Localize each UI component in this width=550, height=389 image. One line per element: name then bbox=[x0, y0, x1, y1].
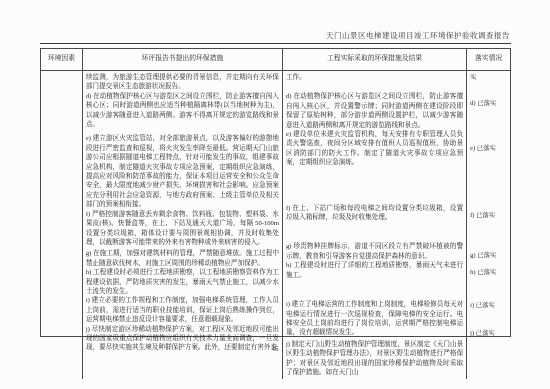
report-header-title: 天门山景区电梯建设项目竣工环境保护验收调查报告 bbox=[326, 30, 510, 41]
status-g: g) 已落实 bbox=[470, 252, 508, 260]
cell-env-factor bbox=[41, 71, 83, 379]
col-header-status: 落实情况 bbox=[467, 49, 510, 70]
actual-measure-h: h) 工程建设时进行了详细的工程地质勘察，暴雨天气未进行施工。 bbox=[286, 261, 463, 280]
actual-measure-d: d) 在动植物保护核心区与游览区之间设立围栏，防止游客擅自闯入核心区，并设置警示… bbox=[286, 92, 463, 130]
status-d: d) 已落实 bbox=[470, 100, 508, 108]
eia-measure-h: h) 工程建设时必须进行工程地质勘察，以工程地质勘察资料作为工程建设依据，严防地… bbox=[86, 268, 279, 296]
eia-measure-d: d) 在动植物保护核心区与游览区之间设立围栏，防止游客擅自闯入核心区；同时游道两… bbox=[86, 92, 279, 130]
status-i: i) 已落实 bbox=[470, 302, 508, 310]
eia-measure-continuation: 续监测，为旅游生态管理提供必要的背景信息，并定期向有关环保部门提交景区生态旅游状… bbox=[86, 73, 279, 92]
eia-measure-f: f) 严格控制游客随意丢弃剩余食物、饮料瓶、包装物、塑料袋、水果皮(核)、快餐盒… bbox=[86, 210, 279, 248]
cell-actual-measures: 工作。 d) 在动植物保护核心区与游览区之间设立围栏，防止游客擅自闯入核心区，并… bbox=[283, 71, 467, 379]
col-header-env-factor: 环境因素 bbox=[41, 49, 83, 70]
actual-measure-continuation: 工作。 bbox=[286, 73, 463, 82]
status-h: h) 已落实 bbox=[470, 269, 508, 277]
table-header-row: 环境因素 环评报告书提出的环保措施 工程实际采取的环保措施及结果 落实情况 bbox=[41, 49, 510, 71]
eia-measure-e: e) 建立游区火灾监管站，对全部旅游景点，以及游客偏好的游憩地段进行严密监查和巡… bbox=[86, 134, 279, 209]
table-body-row: 续监测，为旅游生态管理提供必要的背景信息，并定期向有关环保部门提交景区生态旅游状… bbox=[41, 71, 510, 379]
header-divider bbox=[40, 43, 511, 44]
status-continuation: 实 bbox=[470, 74, 508, 82]
status-e: e) 已落实 bbox=[470, 145, 508, 153]
cell-eia-measures: 续监测，为旅游生态管理提供必要的背景信息，并定期向有关环保部门提交景区生态旅游状… bbox=[83, 71, 283, 379]
col-header-eia-measures: 环评报告书提出的环保措施 bbox=[83, 49, 283, 70]
actual-measure-g: g) 珍贵物种挂牌标示，游道不同区段立有严禁破坏植被的警示牌，教育和引导游客自觉… bbox=[286, 242, 463, 261]
page-number: 46 bbox=[0, 345, 550, 353]
report-page: 天门山景区电梯建设项目竣工环境保护验收调查报告 环境因素 环评报告书提出的环保措… bbox=[0, 0, 550, 389]
status-f: f) 已落实 bbox=[470, 212, 508, 220]
measures-table: 环境因素 环评报告书提出的环保措施 工程实际采取的环保措施及结果 落实情况 续监… bbox=[40, 48, 511, 337]
cell-status: 实 d) 已落实 e) 已落实 f) 已落实 g) 已落实 h) 已落实 i) … bbox=[467, 71, 510, 379]
status-j: j) 已落实 bbox=[470, 330, 508, 338]
col-header-actual-measures: 工程实际采取的环保措施及结果 bbox=[283, 49, 467, 70]
actual-measure-i: i) 建立了电梯运营的工作制度和上岗制度，电梯检修员每天对电梯运行情况进行一次巡… bbox=[286, 300, 463, 338]
actual-measure-f: f) 在上、下站广场和每段电梯之间均设置分类垃圾箱，设置垃圾入箱标牌，垃圾及时收… bbox=[286, 204, 463, 223]
eia-measure-i: i) 建立必要的工作规程和工作制度，加强电梯系统管理，工作人员上岗前，需进行适当… bbox=[86, 296, 279, 324]
eia-measure-g: g) 在施工期，加强对建筑材料的管理，严禁随意堆放。施工过程中禁止随意砍伐树木，… bbox=[86, 249, 279, 268]
actual-measure-e: e) 建设单位未建火灾监管机构，每天安排有专职管理人员负责火警巡查，夜间分区域安… bbox=[286, 130, 463, 168]
